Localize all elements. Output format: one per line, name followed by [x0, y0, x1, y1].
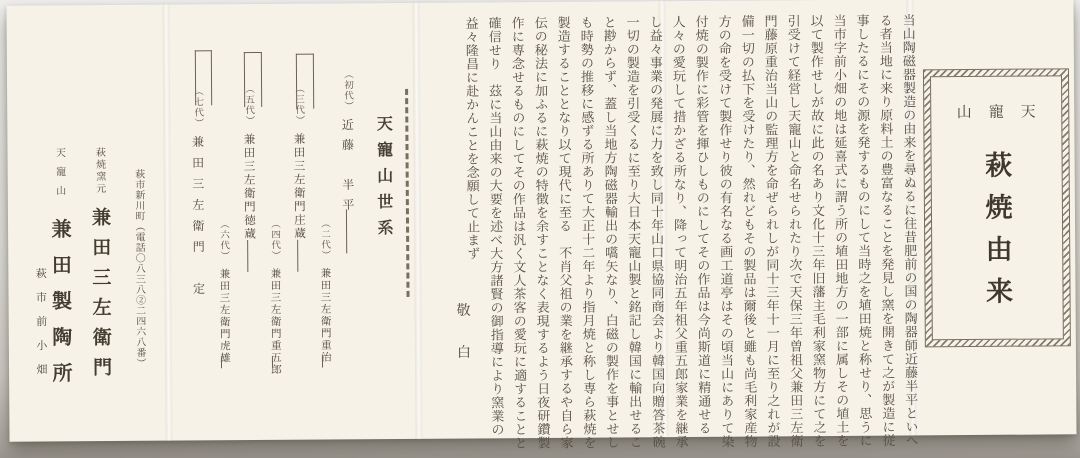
generation-6-name: 兼田三左衛門虎雄: [218, 261, 230, 364]
generation-5: （五代）兼田三左衛門徳蔵: [239, 84, 258, 241]
publisher-address: 萩市新川町（電話〇八三八②二四六八番）: [131, 169, 147, 369]
generation-1-name: 近藤 半平: [340, 111, 355, 218]
genealogy-connector-line: [272, 356, 273, 368]
title-box-inner-frame: 天寵山 萩焼由来: [930, 75, 1064, 340]
genealogy-connector-line: [297, 240, 298, 272]
generation-2-label: （二代）: [319, 218, 329, 260]
genealogy-connector-line: [247, 240, 248, 272]
genealogy-connector-line: [221, 356, 222, 368]
paper-fold-crease: [162, 5, 172, 441]
generation-7: （七代）兼田三左衛門 定: [188, 86, 208, 303]
kiln-name: 兼田三左衛門: [89, 195, 111, 387]
generation-4: （四代）兼田三左衛門重五郎: [265, 219, 284, 376]
publisher-location: 萩市前小畑: [32, 267, 49, 387]
title-box: 天寵山 萩焼由来: [923, 68, 1071, 347]
kiln-label: 萩焼窯元: [93, 147, 104, 195]
studio-column: 天寵山兼田製陶所: [44, 147, 75, 398]
generation-7-name: 兼田三左衛門 定: [190, 128, 205, 303]
body-text: 当山陶磁器製造の由来を尋ぬるに往昔肥前の国の陶器師近藤半平といへる者当地に来り原…: [464, 13, 919, 449]
kiln-column: 萩焼窯元兼田三左衛門: [85, 147, 114, 387]
generation-2: （二代）兼田三左衛門重治: [315, 218, 334, 363]
generation-2-name: 兼田三左衛門重治: [319, 260, 331, 363]
generation-6: （六代）兼田三左衛門虎雄: [214, 219, 233, 364]
document-paper: 天寵山 萩焼由来 当山陶磁器製造の由来を尋ぬるに往昔肥前の国の陶器師近藤半平とい…: [6, 0, 1076, 442]
genealogy-heading: 天寵山世系: [371, 115, 395, 245]
studio-name: 兼田製陶所: [48, 204, 71, 398]
generation-1-label: （初代）: [342, 69, 352, 111]
document-title: 萩焼由来: [977, 151, 1017, 319]
generation-3-name: 兼田三左衛門庄蔵: [292, 126, 305, 241]
generation-1: （初代）近藤 半平: [338, 69, 357, 218]
genealogy-bracket-line: [195, 50, 212, 105]
closing-salutation: 敬 白: [452, 302, 472, 365]
genealogy-connector-line: [322, 356, 323, 368]
genealogy-bracket-line: [244, 52, 262, 107]
studio-label: 天寵山: [53, 147, 64, 204]
mountain-name: 天寵山: [931, 100, 1061, 122]
main-text-block: 当山陶磁器製造の由来を尋ぬるに往昔肥前の国の陶器師近藤半平といへる者当地に来り原…: [422, 13, 923, 450]
generation-5-name: 兼田三左衛門徳蔵: [242, 126, 255, 241]
generation-4-label: （四代）: [269, 219, 279, 261]
genealogy-bracket-line: [296, 54, 314, 109]
generation-6-label: （六代）: [218, 219, 228, 261]
section-divider-line: [405, 89, 409, 297]
